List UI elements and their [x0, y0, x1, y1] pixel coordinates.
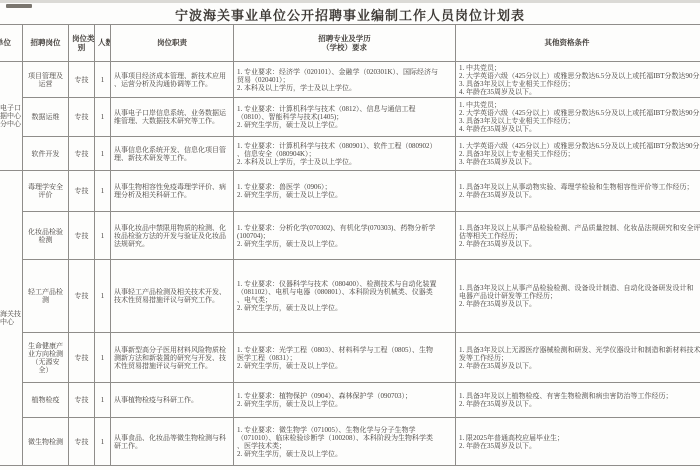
cell-count: 1 — [95, 260, 111, 333]
cell-count: 1 — [95, 333, 111, 383]
cell-duty: 从事生物相容性免疫毒理学评价、病 理分析及相关科研工作。 — [111, 171, 234, 212]
cell-duty: 从事轻工产品检测及相关技术开发、 技术性贸易措施评议与研究工作。 — [111, 260, 234, 333]
header-unit: 单位 — [0, 25, 23, 62]
table-row: 数据运维 专技 1 从事电子口岸信息系统、业务数据运 维管理、大数据技术研究等工… — [0, 98, 700, 137]
cell-majors: 1. 专业要求：植物保护（0904）、森林保护学（090703）； 2. 研究生… — [234, 383, 456, 418]
cell-position: 软件开发 — [23, 137, 69, 171]
cell-duty: 从事植物检疫与科研工作。 — [111, 383, 234, 418]
table-header-row: 单位 招聘岗位 岗位类 别 人数 岗位职责 招聘专业及学历 （学校）要求 其他资… — [0, 25, 700, 62]
cell-quals: 1. 中共党员； 2. 大学英语六级（425分以上）或雅思分数达6.5分及以上或… — [456, 98, 700, 137]
cell-position: 毒理学安全 评价 — [23, 171, 69, 212]
cell-position: 化妆品检验 检测 — [23, 212, 69, 260]
cell-majors: 1. 专业要求：经济学（020101）、金融学（020301K）、国际经济与 贸… — [234, 62, 456, 98]
table-row: 中国电子口 岸数据中心 宁波分中心 项目管理及 运营 专技 1 从事项目经济成本… — [0, 62, 700, 98]
cell-category: 专技 — [69, 62, 95, 98]
cell-majors: 1. 专业要求：分析化学(070302)、有机化学(070303)、药物分析学 … — [234, 212, 456, 260]
table-row: 软件开发 专技 1 从事信息化系统开发、信息化项目管 理、新技术研发等工作。 1… — [0, 137, 700, 171]
cell-majors: 1. 专业要求：微生物学（071005）、生物化学与分子生物学 （071010）… — [234, 418, 456, 466]
cell-quals: 1. 具备3年及以上植物检疫、有害生物检测和病虫害防治等工作经历； 2. 年龄在… — [456, 383, 700, 418]
cell-position: 项目管理及 运营 — [23, 62, 69, 98]
cell-quals: 1. 大学英语六级（425分以上）或雅思分数达6.5分及以上或托福IBT分数达9… — [456, 137, 700, 171]
cell-position: 生命健康产 业方向检测 （无源安 全） — [23, 333, 69, 383]
cell-count: 1 — [95, 98, 111, 137]
header-category: 岗位类 别 — [69, 25, 95, 62]
cell-majors: 1. 专业要求：兽医学（0906）； 2. 研究生学历，硕士及以上学位。 — [234, 171, 456, 212]
cell-count: 1 — [95, 171, 111, 212]
header-position: 招聘岗位 — [23, 25, 69, 62]
table-row: 轻工产品检 测 专技 1 从事轻工产品检测及相关技术开发、 技术性贸易措施评议与… — [0, 260, 700, 333]
table-row: 宁波海关技 术中心 毒理学安全 评价 专技 1 从事生物相容性免疫毒理学评价、病… — [0, 171, 700, 212]
cell-quals: 1. 中共党员； 2. 大学英语六级（425分以上）或雅思分数达6.5分及以上或… — [456, 62, 700, 98]
cell-majors: 1. 专业要求：仪器科学与技术（080400）、检测技术与自动化装置 （0811… — [234, 260, 456, 333]
table-row: 微生物检测 专技 1 从事食品、化妆品等微生物检测与科 研工作。 1. 专业要求… — [0, 418, 700, 466]
header-majors: 招聘专业及学历 （学校）要求 — [234, 25, 456, 62]
cell-quals: 1. 具备3年及以上从事动物实验、毒理学检验和生物相容性评价等工作经历； 2. … — [456, 171, 700, 212]
cell-duty: 从事项目经济成本管理、新技术应用 、运营分析及沟通协调等工作。 — [111, 62, 234, 98]
cell-category: 专技 — [69, 383, 95, 418]
cell-position: 轻工产品检 测 — [23, 260, 69, 333]
header-quals: 其他资格条件 — [456, 25, 700, 62]
cell-count: 1 — [95, 418, 111, 466]
cell-majors: 1. 专业要求：计算机科学与技术（080901）、软件工程（080902） 、信… — [234, 137, 456, 171]
cell-category: 专技 — [69, 98, 95, 137]
cell-position: 微生物检测 — [23, 418, 69, 466]
cell-count: 1 — [95, 383, 111, 418]
cell-category: 专技 — [69, 171, 95, 212]
cell-category: 专技 — [69, 212, 95, 260]
cell-quals: 1. 具备3年及以上从事产品检验检测、设备设计制造、自动化设备研发设计和 电器产… — [456, 260, 700, 333]
table-row: 生命健康产 业方向检测 （无源安 全） 专技 1 从事新型高分子医用材料风险物质… — [0, 333, 700, 383]
recruitment-plan-page: { "page": { "title": "宁波海关事业单位公开招聘事业编制工作… — [0, 0, 700, 470]
cell-position: 植物检疫 — [23, 383, 69, 418]
table-row: 植物检疫 专技 1 从事植物检疫与科研工作。 1. 专业要求：植物保护（0904… — [0, 383, 700, 418]
table-row: 化妆品检验 检测 专技 1 从事化妆品中禁限用物质的检测、化 妆品检验方法的开发… — [0, 212, 700, 260]
cell-duty: 从事信息化系统开发、信息化项目管 理、新技术研发等工作。 — [111, 137, 234, 171]
page-title: 宁波海关事业单位公开招聘事业编制工作人员岗位计划表 — [0, 5, 700, 24]
cell-quals: 1. 具备3年及以上从事产品检验检测、产品质量控制、化妆品法规研究和安全评 估等… — [456, 212, 700, 260]
cell-duty: 从事电子口岸信息系统、业务数据运 维管理、大数据技术研究等工作。 — [111, 98, 234, 137]
cell-majors: 1. 专业要求：光学工程（0803）、材料科学与工程（0805）、生物 医学工程… — [234, 333, 456, 383]
recruitment-table: 单位 招聘岗位 岗位类 别 人数 岗位职责 招聘专业及学历 （学校）要求 其他资… — [0, 24, 700, 466]
cell-position: 数据运维 — [23, 98, 69, 137]
cell-category: 专技 — [69, 260, 95, 333]
header-duty: 岗位职责 — [111, 25, 234, 62]
cell-count: 1 — [95, 62, 111, 98]
cell-duty: 从事化妆品中禁限用物质的检测、化 妆品检验方法的开发与验证及化妆品 法规研究。 — [111, 212, 234, 260]
cell-duty: 从事食品、化妆品等微生物检测与科 研工作。 — [111, 418, 234, 466]
header-count: 人数 — [95, 25, 111, 62]
photo-top-edge — [0, 0, 700, 3]
cell-unit: 中国电子口 岸数据中心 宁波分中心 — [0, 62, 23, 171]
cell-unit: 宁波海关技 术中心 — [0, 171, 23, 466]
cell-duty: 从事新型高分子医用材料风险物质检 测新方法和新装置的研究与开发、技 术性贸易措施… — [111, 333, 234, 383]
cell-category: 专技 — [69, 137, 95, 171]
cell-quals: 1. 限2025年普通高校应届毕业生； 2. 年龄在35周岁及以下。 — [456, 418, 700, 466]
cell-count: 1 — [95, 137, 111, 171]
cell-category: 专技 — [69, 418, 95, 466]
cell-count: 1 — [95, 212, 111, 260]
cell-category: 专技 — [69, 333, 95, 383]
cell-quals: 1. 具备3年及以上无源医疗器械检测和研发、光学仪器设计和制造和新材料技术研 发… — [456, 333, 700, 383]
cell-majors: 1. 专业要求：计算机科学与技术（0812）、信息与通信工程 （0810）、智能… — [234, 98, 456, 137]
